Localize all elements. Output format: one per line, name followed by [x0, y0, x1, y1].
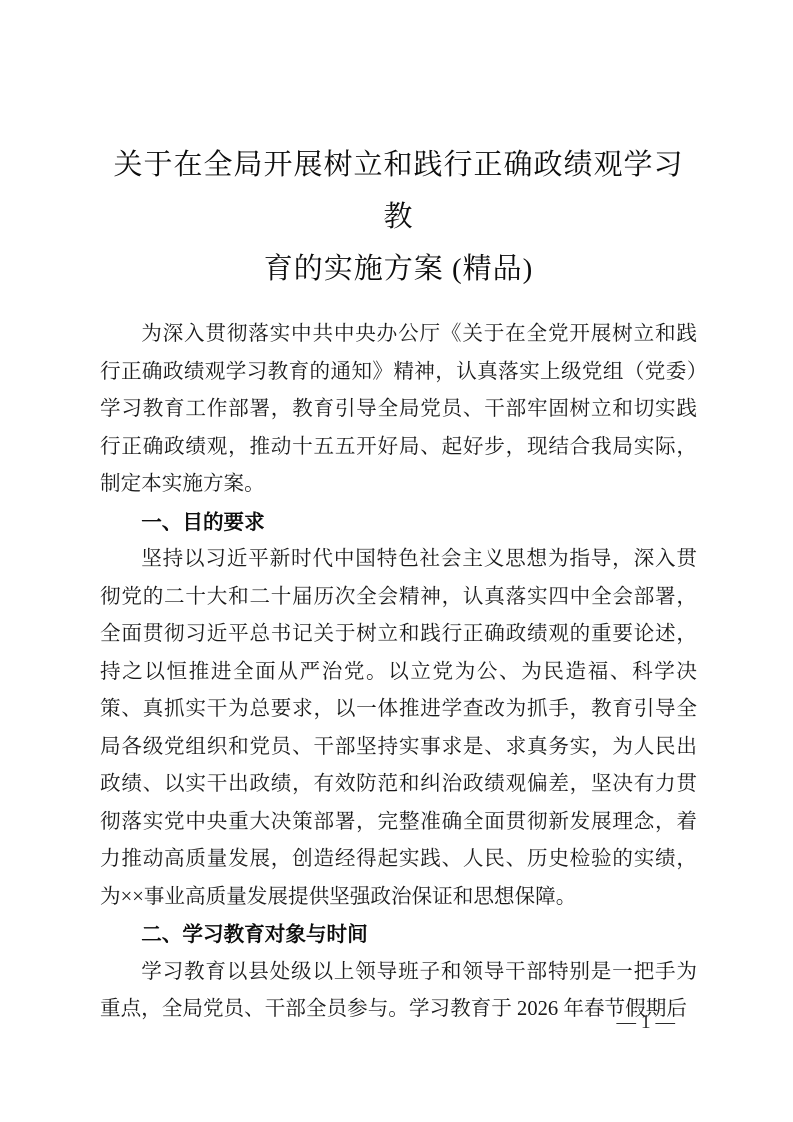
document-page: 关于在全局开展树立和践行正确政绩观学习教 育的实施方案 (精品) 为深入贯彻落实…	[0, 0, 793, 1122]
paragraph-section-1: 坚持以习近平新时代中国特色社会主义思想为指导，深入贯彻党的二十大和二十届历次全会…	[100, 541, 697, 916]
document-content: 关于在全局开展树立和践行正确政绩观学习教 育的实施方案 (精品) 为深入贯彻落实…	[100, 139, 697, 1029]
section-heading-1: 一、目的要求	[100, 504, 697, 542]
paragraph-intro: 为深入贯彻落实中共中央办公厅《关于在全党开展树立和践行正确政绩观学习教育的通知》…	[100, 316, 697, 504]
page-number: — 1 —	[617, 1010, 676, 1036]
title-line-1: 关于在全局开展树立和践行正确政绩观学习教	[100, 139, 697, 243]
title-line-2: 育的实施方案 (精品)	[100, 243, 697, 295]
section-heading-2: 二、学习教育对象与时间	[100, 916, 697, 954]
paragraph-section-2: 学习教育以县处级以上领导班子和领导干部特别是一把手为重点，全局党员、干部全员参与…	[100, 954, 697, 1029]
document-title: 关于在全局开展树立和践行正确政绩观学习教 育的实施方案 (精品)	[100, 139, 697, 295]
